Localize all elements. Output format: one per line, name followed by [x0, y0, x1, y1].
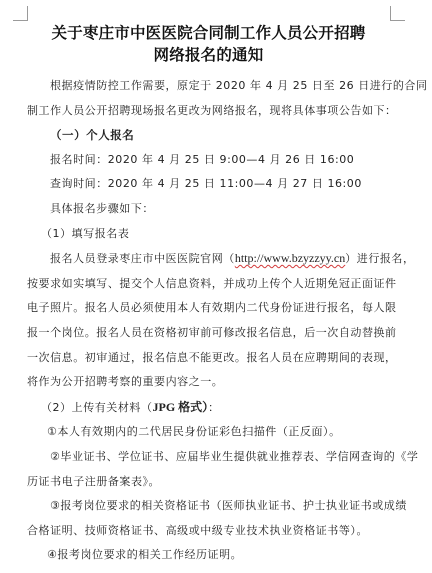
- step1-text-pre: 报名人员登录枣庄市中医医院官网（: [50, 252, 235, 265]
- material-item-2-line-2: 历证书电子注册备案表》。: [27, 470, 390, 495]
- step2-heading-post: ：: [208, 401, 220, 414]
- page-corner-mark-top-right: [390, 6, 405, 21]
- step2-heading: （2）上传有关材料（JPG 格式）：: [27, 395, 390, 421]
- step1-paragraph-line-5: 一次信息。初审通过，报名信息不能更改。报名人员在应聘期间的表现，: [27, 346, 390, 371]
- steps-intro: 具体报名步骤如下：: [27, 197, 390, 222]
- title-line-1: 关于枣庄市中医医院合同制工作人员公开招聘: [27, 22, 390, 44]
- material-item-4: ④报考岗位要求的相关工作经历证明。: [27, 543, 390, 568]
- material-item-3-line-1: ③报考岗位要求的相关资格证书（医师执业证书、护士执业证书或成绩: [27, 494, 390, 519]
- section-heading-personal-registration: （一）个人报名: [27, 123, 390, 148]
- hospital-website-link[interactable]: http://www.bzyzzyy.cn: [235, 251, 345, 265]
- page-corner-mark-top-left: [13, 6, 28, 21]
- title-line-2: 网络报名的通知: [27, 44, 390, 66]
- step2-heading-pre: （2）上传有关材料（: [41, 401, 153, 414]
- step1-paragraph-line-3: 电子照片。报名人员必须使用本人有效期内二代身份证进行报名，每人限: [27, 296, 390, 321]
- step2-heading-format: JPG 格式）: [153, 400, 209, 414]
- intro-paragraph-line-2: 制工作人员公开招聘现场报名更改为网络报名，现将具体事项公告如下：: [27, 99, 390, 124]
- step1-paragraph-line-2: 按要求如实填写、提交个人信息资料，并成功上传个人近期免冠正面证件: [27, 272, 390, 297]
- material-item-2-line-1: ②毕业证书、学位证书、应届毕业生提供就业推荐表、学信网查询的《学: [27, 445, 390, 470]
- step1-text-post: ）进行报名，: [345, 252, 414, 265]
- step1-paragraph-line-4: 报一个岗位。报名人员在资格初审前可修改报名信息，后一次自动替换前: [27, 321, 390, 346]
- material-item-3-line-2: 合格证明、技师资格证书、高级或中级专业技术执业资格证书等）。: [27, 519, 390, 544]
- intro-paragraph-line-1: 根据疫情防控工作需要，原定于 2020 年 4 月 25 日至 26 日进行的合…: [27, 74, 390, 99]
- step1-heading: （1）填写报名表: [27, 222, 390, 247]
- query-time: 查询时间：2020 年 4 月 25 日 11:00—4 月 27 日 16:0…: [27, 172, 390, 197]
- signup-time: 报名时间：2020 年 4 月 25 日 9:00—4 月 26 日 16:00: [27, 148, 390, 173]
- step1-paragraph-line-1: 报名人员登录枣庄市中医医院官网（http://www.bzyzzyy.cn）进行…: [27, 246, 390, 272]
- step1-paragraph-line-6: 将作为公开招聘考察的重要内容之一。: [27, 370, 390, 395]
- document-page: 关于枣庄市中医医院合同制工作人员公开招聘 网络报名的通知 根据疫情防控工作需要，…: [27, 20, 390, 568]
- material-item-1: ①本人有效期内的二代居民身份证彩色扫描件（正反面）。: [27, 420, 390, 445]
- document-title: 关于枣庄市中医医院合同制工作人员公开招聘 网络报名的通知: [27, 22, 390, 66]
